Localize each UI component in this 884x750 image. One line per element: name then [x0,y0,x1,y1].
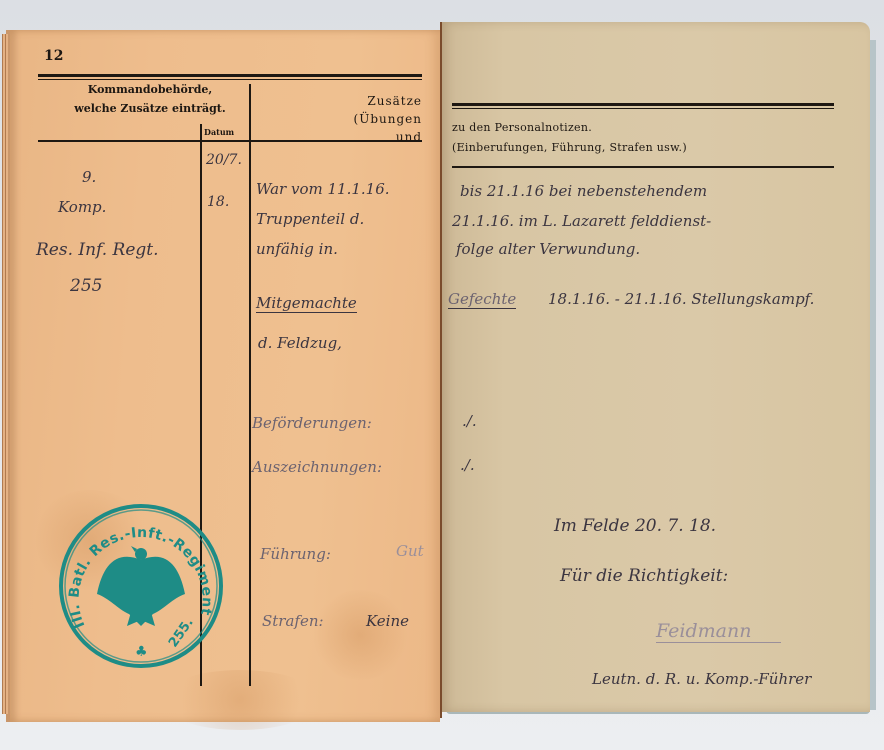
page-number: 12 [44,48,63,64]
note-line-2: Truppenteil d. [256,210,364,228]
right-column-header: zu den Personalnotizen. (Einberufungen, … [452,118,687,158]
entry-date-day: 20/7. [206,152,242,168]
clover-icon: ♣ [135,644,148,660]
note-line-1: War vom 11.1.16. [256,180,390,198]
right-header-rule-bottom [452,166,834,168]
signature-certification: Für die Richtigkeit: [560,566,728,586]
open-service-book: 12 Kommandobehörde, welche Zusätze eintr… [0,0,884,750]
paper-stain [160,670,320,730]
header-line: Zusätze [330,92,422,110]
unit-company: Komp. [58,198,106,216]
penalties-label: Strafen: [262,612,324,630]
header-line: zu den Personalnotizen. [452,118,687,138]
header-line: (Einberufungen, Führung, Strafen usw.) [452,138,687,158]
right-header-rule-top-thin [452,108,834,109]
right-note-line-2: 21.1.16. im L. Lazarett felddienst- [452,212,711,230]
decorations-label: Auszeichnungen: [252,458,382,476]
promotions-value: ./. [462,412,477,430]
signature-place-date: Im Felde 20. 7. 18. [554,516,716,536]
column-header-datum: Datum [204,127,234,137]
unit-company-number: 9. [82,168,96,186]
decorations-value: ./. [460,456,475,474]
column-header-zusaetze: Zusätze (Übungen und [330,92,422,146]
signature-rank: Leutn. d. R. u. Komp.-Führer [592,670,811,688]
right-note-line-1: bis 21.1.16 bei nebenstehendem [460,182,707,200]
promotions-label: Beförderungen: [252,414,372,432]
campaigns-heading: Mitgemachte [256,294,357,313]
entry-date-year: 18. [207,194,229,210]
column-header-kommandobehoerde: Kommandobehörde, welche Zusätze einträgt… [60,80,240,118]
header-line: welche Zusätze einträgt. [60,99,240,118]
header-rule-top [38,74,422,77]
header-line: Kommandobehörde, [60,80,240,99]
eagle-icon [97,546,185,626]
unit-regiment: Res. Inf. Regt. [36,240,159,260]
paper-stain [310,590,410,680]
conduct-label: Führung: [260,545,331,563]
battles-label: Gefechte [448,290,516,309]
right-note-line-3: folge alter Verwundung. [456,240,640,258]
book-spine [440,22,442,718]
conduct-value: Gut [396,542,424,560]
signature-name: Feidmann [656,620,781,643]
note-line-3: unfähig in. [256,240,338,258]
penalties-value: Keine [366,612,409,630]
unit-regiment-number: 255 [70,276,102,296]
right-header-rule-top [452,103,834,106]
campaigns-heading-cont: d. Feldzug, [258,334,342,352]
column-divider-datum-right [249,84,251,686]
regiment-stamp: III. Batl. Res.-Inft.-Regiment 255. ♣ [57,502,225,670]
battles-value: 18.1.16. - 21.1.16. Stellungskampf. [548,290,814,308]
header-line: (Übungen und [330,110,422,146]
